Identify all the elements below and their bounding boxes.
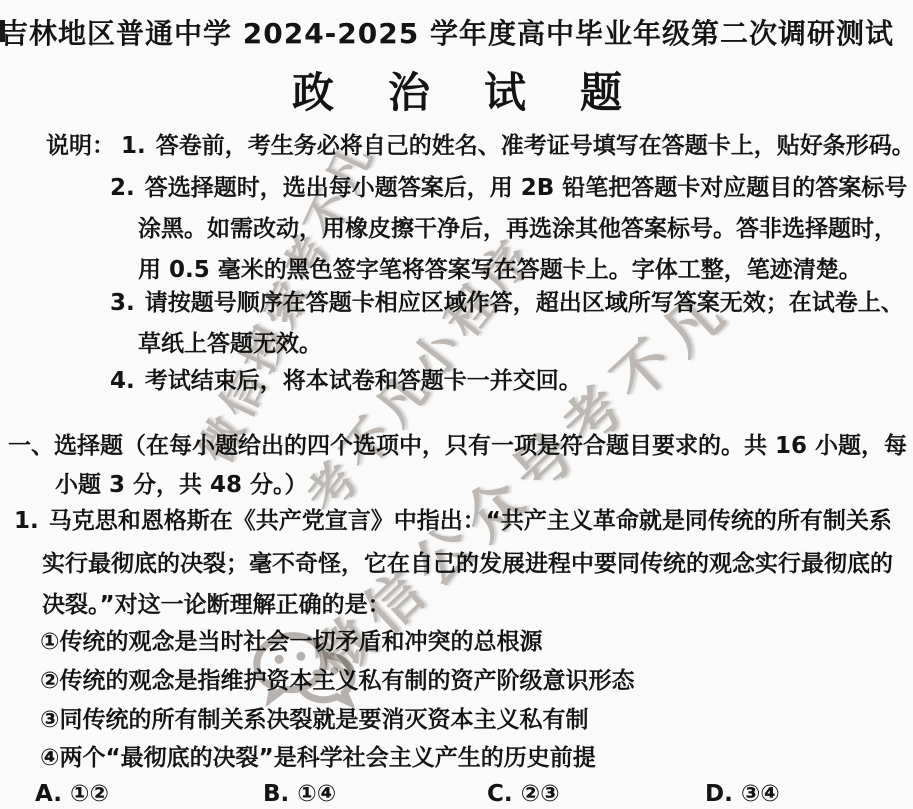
section-heading-line-2: 小题 3 分，共 48 分。） — [55, 470, 308, 500]
instruction-2-text: 答选择题时，选出每小题答案后，用 2B 铅笔把答题卡对应题目的答案标号 — [145, 175, 908, 201]
instructions-label: 说明： — [46, 131, 115, 161]
answer-choice-d: D. ③④ — [705, 781, 780, 807]
wechat-icon — [247, 621, 362, 721]
section-heading-line-1: 一、选择题（在每小题给出的四个选项中，只有一项是符合题目要求的。共 16 小题，… — [8, 431, 907, 461]
instruction-line-2: 2.答选择题时，选出每小题答案后，用 2B 铅笔把答题卡对应题目的答案标号 — [110, 173, 907, 203]
question-1-option-4: ④两个“最彻底的决裂”是科学社会主义产生的历史前提 — [40, 743, 596, 773]
question-1-num: 1. — [14, 506, 39, 536]
answer-choice-b: B. ①④ — [263, 781, 336, 807]
exam-title: 吉林地区普通中学 2024-2025 学年度高中毕业年级第二次调研测试 — [0, 12, 860, 52]
instruction-1-num: 1. — [121, 131, 146, 161]
instruction-line-7: 4.考试结束后，将本试卷和答题卡一并交回。 — [110, 366, 582, 396]
answer-choice-c: C. ②③ — [487, 781, 560, 807]
answer-choices-row: A. ①② B. ①④ C. ②③ D. ③④ — [0, 781, 913, 809]
instruction-4-num: 4. — [110, 366, 135, 396]
instruction-line-1: 说明：1.答卷前，考生务必将自己的姓名、准考证号填写在答题卡上，贴好条形码。 — [46, 131, 913, 161]
answer-choice-a: A. ①② — [35, 781, 109, 807]
instruction-2-num: 2. — [110, 173, 135, 203]
exam-paper: 吉林地区普通中学 2024-2025 学年度高中毕业年级第二次调研测试 政 治 … — [0, 0, 913, 809]
instruction-3-num: 3. — [110, 288, 135, 318]
instruction-1-text: 答卷前，考生务必将自己的姓名、准考证号填写在答题卡上，贴好条形码。 — [156, 133, 913, 159]
subject-title: 政 治 试 题 — [0, 60, 913, 120]
